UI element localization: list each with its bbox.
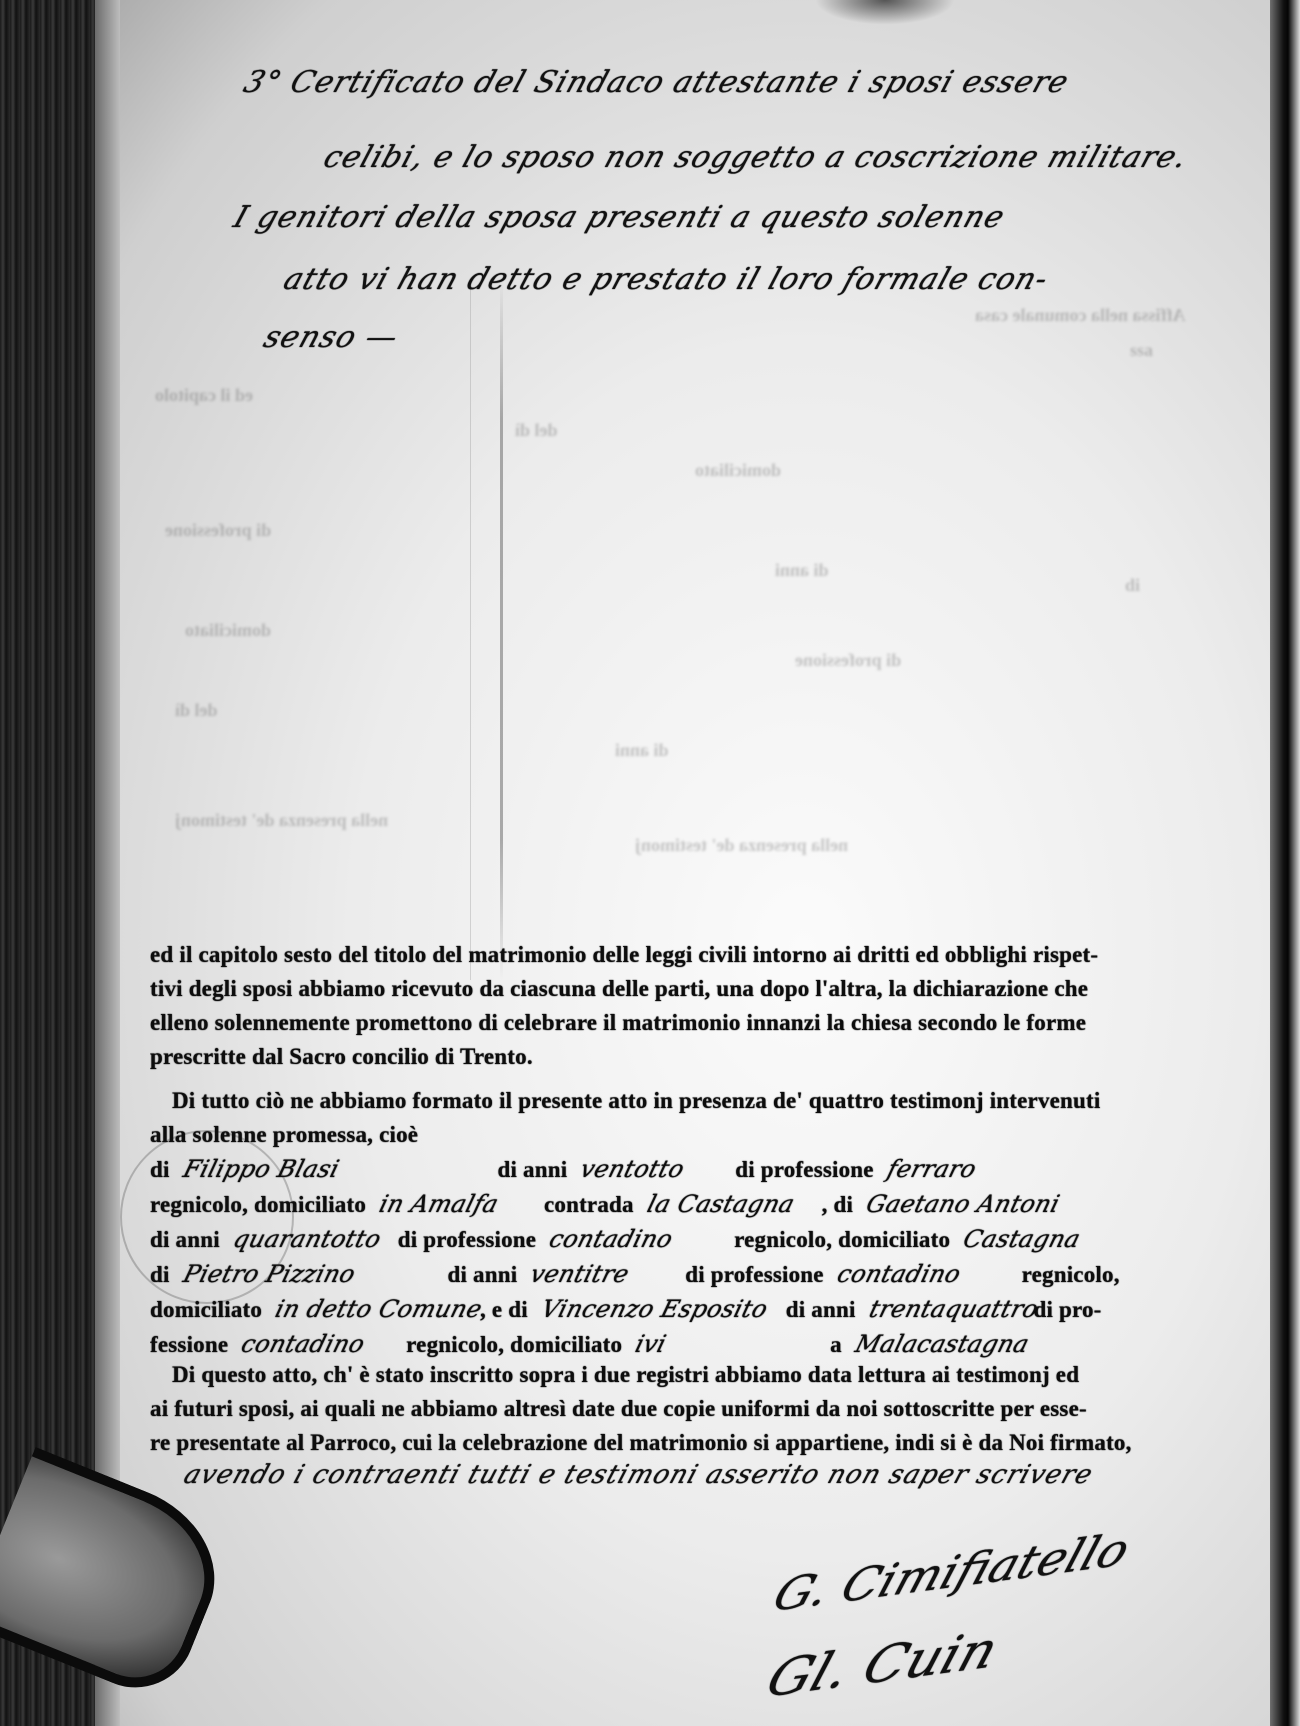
witness-line-5: domiciliato in detto Comune , e di Vince…: [150, 1292, 1225, 1327]
ghost-line: domiciliato: [695, 460, 781, 481]
printed-line: tivi degli sposi abbiamo ricevuto da cia…: [150, 972, 1225, 1006]
witness-line-4: di Pietro Pizzino di anni ventitre di pr…: [150, 1257, 1225, 1292]
ghost-line: ed il capitolo: [155, 385, 253, 406]
page-fold-line: [500, 280, 503, 980]
ghost-line: di anni: [615, 740, 669, 761]
witness-1-domicile: in Amalfa: [375, 1187, 534, 1221]
ghost-line: di professione: [165, 520, 271, 541]
witness-4-age: trentaquattro: [865, 1292, 1024, 1326]
handwritten-line-2: celibi, e lo sposo non soggetto a coscri…: [319, 140, 1192, 175]
witness-1-street: la Castagna: [643, 1187, 812, 1221]
page-crease-line: [470, 280, 471, 980]
witness-2-profession: contadino: [546, 1222, 725, 1256]
witness-line-2: regnicolo, domiciliato in Amalfa contrad…: [150, 1187, 1225, 1222]
witness-line-3: di anni quarantotto di professione conta…: [150, 1222, 1225, 1257]
witness-3-domicile: in detto Comune: [271, 1292, 470, 1326]
ghost-line: domiciliato: [185, 620, 271, 641]
signature-2: Gl. Cuin: [759, 1620, 1005, 1709]
printed-line: elleno solennemente promettono di celebr…: [150, 1006, 1225, 1040]
witness-2-domicile: Castagna: [960, 1222, 1085, 1256]
witness-1-profession: ferraro: [883, 1152, 980, 1186]
handwritten-closing: avendo i contraenti tutti e testimoni as…: [180, 1460, 1097, 1490]
handwritten-line-3: I genitori della sposa presenti a questo…: [229, 200, 1009, 235]
witness-line-1: di Filippo Blasi di anni ventotto di pro…: [150, 1152, 1225, 1187]
printed-line: Di questo atto, ch' è stato inscritto so…: [150, 1358, 1225, 1392]
witness-1-name: Filippo Blasi: [179, 1152, 488, 1186]
page-top-shadow: [815, 0, 955, 25]
handwritten-line-1: 3° Certificato del Sindaco attestante i …: [239, 65, 1073, 100]
printed-line: Di tutto ciò ne abbiamo formato il prese…: [150, 1084, 1225, 1118]
witness-2-age: quarantotto: [229, 1222, 388, 1256]
witness-3-profession: contadino: [833, 1257, 1012, 1291]
ghost-line: di professione: [795, 650, 901, 671]
register-page: 3° Certificato del Sindaco attestante i …: [95, 0, 1275, 1726]
ghost-line: nella presenza de' testimonj: [175, 810, 388, 831]
handwritten-line-4: atto vi han detto e prestato il loro for…: [279, 262, 1053, 297]
handwritten-line-5: senso —: [259, 320, 403, 355]
witness-line-6: fessione contadino regnicolo, domiciliat…: [150, 1327, 1225, 1362]
witness-4-profession: contadino: [238, 1327, 397, 1361]
printed-line: ed il capitolo sesto del titolo del matr…: [150, 938, 1225, 972]
witness-2-name: Gaetano Antoni: [863, 1187, 1064, 1221]
ghost-edge-text: ssa: [1130, 340, 1153, 361]
printed-line: alla solenne promessa, cioè: [150, 1118, 1225, 1152]
printed-paragraph-3: Di questo atto, ch' è stato inscritto so…: [150, 1358, 1225, 1460]
witness-3-age: ventitre: [527, 1257, 676, 1291]
signature-1: G. Cimifiatello: [767, 1522, 1136, 1622]
printed-paragraph-1: ed il capitolo sesto del titolo del matr…: [150, 938, 1225, 1074]
ghost-line: nella presenza de' testimonj: [635, 835, 848, 856]
witness-1-age: ventotto: [577, 1152, 726, 1186]
ghost-edge-text: di: [1125, 575, 1140, 596]
scanner-right-border: [1270, 0, 1300, 1726]
printed-line: prescritte dal Sacro concilio di Trento.: [150, 1040, 1225, 1074]
ghost-line: di anni: [775, 560, 829, 581]
witness-4-domicile: ivi: [632, 1327, 821, 1361]
printed-line: ai futuri sposi, ai quali ne abbiamo alt…: [150, 1392, 1225, 1426]
ghost-line: del dì: [515, 420, 558, 441]
printed-paragraph-2: Di tutto ciò ne abbiamo formato il prese…: [150, 1084, 1225, 1362]
ghost-line: del dì: [175, 700, 218, 721]
witness-4-name: Vincenzo Esposito: [537, 1292, 776, 1326]
page-binding-shadow: [95, 0, 120, 1726]
ghost-line: Affissa nella comunale casa: [975, 305, 1186, 326]
witness-3-name: Pietro Pizzino: [179, 1257, 438, 1291]
printed-line: re presentate al Parroco, cui la celebra…: [150, 1426, 1225, 1460]
witness-4-street: Malacastagna: [851, 1327, 1033, 1361]
